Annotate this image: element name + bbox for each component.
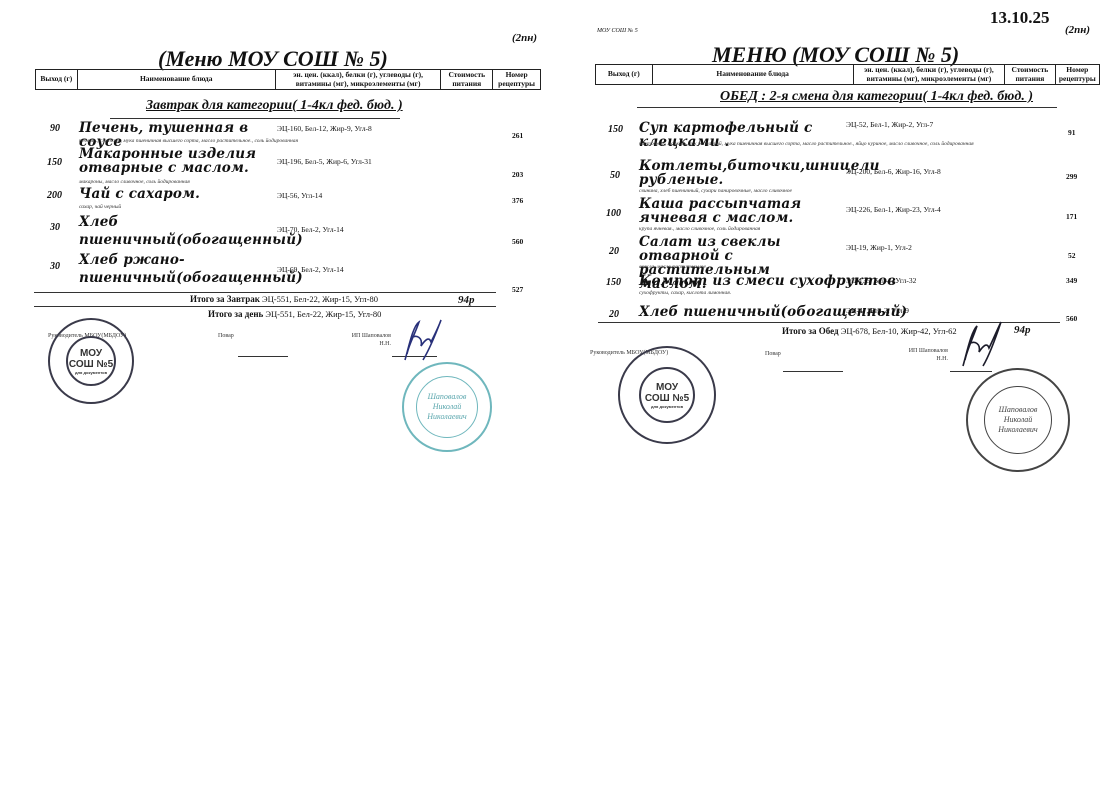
item-nutrition: ЭЦ-69, Бел-2, Угл-14 <box>277 265 344 274</box>
supplier-name: ИП Шаповалов <box>909 348 948 354</box>
left-total-day: Итого за день ЭЦ-551, Бел-22, Жир-15, Уг… <box>208 309 381 319</box>
item-qty: 150 <box>608 124 623 135</box>
header-recipe: Номер рецептуры <box>493 70 541 90</box>
left-total-meal: Итого за Завтрак ЭЦ-551, Бел-22, Жир-15,… <box>190 294 378 304</box>
item-recipe: 376 <box>512 196 523 205</box>
total-day-value: ЭЦ-551, Бел-22, Жир-15, Угл-80 <box>265 309 381 319</box>
item-recipe: 52 <box>1068 251 1076 260</box>
supplier-initials: Н.Н. <box>936 356 948 362</box>
item-recipe: 299 <box>1066 172 1077 181</box>
left-meal-price: 94р <box>458 294 475 306</box>
left-supplier-stamp: Шаповалов Николай Николаевич <box>402 362 492 452</box>
total-day-label: Итого за день <box>208 309 263 319</box>
school-stamp-center: МОУ СОШ №5 для документов <box>66 336 116 386</box>
item-recipe: 261 <box>512 131 523 140</box>
item-recipe: 527 <box>512 285 523 294</box>
supplier-stamp-center: Шаповалов Николай Николаевич <box>416 376 478 438</box>
item-ingredients: печень ., сметана, мука пшеничная высшег… <box>79 138 298 144</box>
item-recipe: 91 <box>1068 128 1076 137</box>
stamp-line: Николай <box>1004 415 1033 425</box>
right-day-code: (2пн) <box>1065 24 1090 36</box>
supplier-initials: Н.Н. <box>379 341 391 347</box>
item-nutrition: ЭЦ-196, Бел-5, Жир-6, Угл-31 <box>277 157 372 166</box>
item-recipe: 171 <box>1066 212 1077 221</box>
item-qty: 90 <box>50 123 60 134</box>
supplier-stamp-center: Шаповалов Николай Николаевич <box>984 386 1052 454</box>
left-total-divider-2 <box>34 306 496 307</box>
left-section-divider <box>110 118 400 119</box>
item-ingredients: крупа ячневая., масло сливочное, соль йо… <box>639 226 760 232</box>
total-meal-label: Итого за Завтрак <box>190 294 260 304</box>
right-supplier-label: ИП Шаповалов Н.Н. <box>898 347 948 363</box>
header-cost: Стоимость питания <box>441 70 493 90</box>
item-qty: 20 <box>609 309 619 320</box>
left-table-header: Выход (г) Наименование блюда эн. цен. (к… <box>35 69 541 90</box>
item-nutrition: ЭЦ-19, Жир-1, Угл-2 <box>846 243 912 252</box>
header-nutrition: эн. цен. (ккал), белки (г), углеводы (г)… <box>275 70 441 90</box>
item-nutrition: ЭЦ-47, Бел-2, Угл-9 <box>846 306 909 315</box>
left-section-title: Завтрак для категории( 1-4кл фед. бюд. ) <box>146 98 403 114</box>
stamp-line: МОУ <box>80 348 102 359</box>
item-recipe: 560 <box>512 237 523 246</box>
item-nutrition: ЭЦ-200, Бел-6, Жир-16, Угл-8 <box>846 167 941 176</box>
stamp-line: СОШ №5 <box>69 359 113 370</box>
header-recipe: Номер рецептуры <box>1055 65 1099 85</box>
supplier-name: ИП Шаповалов <box>352 333 391 339</box>
item-name: Хлеб пшеничный(обогащенный) <box>79 213 264 249</box>
right-total-meal: Итого за Обед ЭЦ-678, Бел-10, Жир-42, Уг… <box>782 326 957 336</box>
item-ingredients: сухофрукты, сахар, кислота лимонная. <box>639 290 731 296</box>
item-ingredients: свинина, хлеб пшеничный, сухари панирово… <box>639 188 792 194</box>
item-qty: 200 <box>47 190 62 201</box>
header-cost: Стоимость питания <box>1005 65 1056 85</box>
right-supplier-signature-line <box>950 371 992 372</box>
header-nutrition: эн. цен. (ккал), белки (г), углеводы (г)… <box>853 65 1005 85</box>
right-org-name: МОУ СОШ № 5 <box>597 28 638 34</box>
left-total-divider <box>34 292 496 293</box>
left-cook-signature-line <box>238 356 288 357</box>
stamp-line: Шаповалов <box>428 392 467 402</box>
total-meal-value: ЭЦ-551, Бел-22, Жир-15, Угл-80 <box>262 294 378 304</box>
item-qty: 50 <box>610 170 620 181</box>
stamp-line: Шаповалов <box>999 405 1038 415</box>
item-recipe: 349 <box>1066 276 1077 285</box>
header-yield: Выход (г) <box>596 65 653 85</box>
item-name: Хлеб ржано-пшеничный(обогащенный) <box>79 251 269 287</box>
total-meal-label: Итого за Обед <box>782 326 839 336</box>
item-name: Котлеты,биточки,шницели рубленые. <box>639 159 829 187</box>
right-section-divider <box>637 107 1057 108</box>
stamp-line: для документов <box>651 404 683 409</box>
left-supplier-signature <box>395 316 445 364</box>
item-nutrition: ЭЦ-135, Бел-1, Угл-32 <box>846 276 916 285</box>
stamp-line: Николай <box>433 402 462 412</box>
item-name: Чай с сахаром. <box>79 187 279 201</box>
right-school-stamp: МОУ СОШ №5 для документов <box>618 346 716 444</box>
item-qty: 20 <box>609 246 619 257</box>
item-nutrition: ЭЦ-226, Бел-1, Жир-23, Угл-4 <box>846 205 941 214</box>
right-meal-price: 94р <box>1014 324 1031 336</box>
header-dish: Наименование блюда <box>652 65 853 85</box>
right-cook-signature-line <box>783 371 843 372</box>
right-supplier-signature <box>955 318 1005 370</box>
item-qty: 30 <box>50 222 60 233</box>
item-nutrition: ЭЦ-56, Угл-14 <box>277 191 322 200</box>
header-dish: Наименование блюда <box>77 70 275 90</box>
left-school-stamp: МОУ СОШ №5 для документов <box>48 318 134 404</box>
right-section-title: ОБЕД : 2-я смена для категории( 1-4кл фе… <box>720 89 1033 105</box>
total-meal-value: ЭЦ-678, Бел-10, Жир-42, Угл-62 <box>841 326 957 336</box>
item-ingredients: макароны, масло сливочное, соль йодирова… <box>79 179 190 185</box>
right-supplier-stamp: Шаповалов Николай Николаевич <box>966 368 1070 472</box>
item-recipe: 203 <box>512 170 523 179</box>
left-supplier-label: ИП Шаповалов Н.Н. <box>343 332 391 348</box>
item-name: Каша рассыпчатая ячневая с маслом. <box>639 197 829 225</box>
item-nutrition: ЭЦ-52, Бел-1, Жир-2, Угл-7 <box>846 120 933 129</box>
item-qty: 30 <box>50 261 60 272</box>
item-ingredients: сахар, чай черный <box>79 204 121 210</box>
item-name: Печень, тушенная в соусе <box>79 121 279 149</box>
header-yield: Выход (г) <box>36 70 78 90</box>
stamp-line: СОШ №5 <box>645 393 689 404</box>
left-cook-label: Повар <box>218 332 234 340</box>
item-nutrition: ЭЦ-70, Бел-2, Угл-14 <box>277 225 344 234</box>
item-qty: 150 <box>47 157 62 168</box>
item-name: Макаронные изделия отварные с маслом. <box>79 147 279 175</box>
stamp-line: для документов <box>75 370 107 375</box>
left-day-code: (2пн) <box>512 32 537 44</box>
item-name: Хлеб пшеничный(обогащенный) <box>639 305 849 319</box>
item-qty: 100 <box>606 208 621 219</box>
stamp-line: Николаевич <box>427 412 466 422</box>
stamp-line: Николаевич <box>998 425 1037 435</box>
item-qty: 150 <box>606 277 621 288</box>
right-table-header: Выход (г) Наименование блюда эн. цен. (к… <box>595 64 1100 85</box>
item-ingredients: картофель, морковь, лук репчатый, мука п… <box>639 140 979 148</box>
item-name: Компот из смеси сухофруктов <box>639 274 849 288</box>
item-recipe: 560 <box>1066 314 1077 323</box>
menu-date: 13.10.25 <box>990 8 1050 28</box>
school-stamp-center: МОУ СОШ №5 для документов <box>639 367 695 423</box>
stamp-line: МОУ <box>656 382 678 393</box>
item-ingredients: свекла, масло растительное. <box>639 264 707 270</box>
right-cook-label: Повар <box>765 350 781 358</box>
item-nutrition: ЭЦ-160, Бел-12, Жир-9, Угл-8 <box>277 124 372 133</box>
